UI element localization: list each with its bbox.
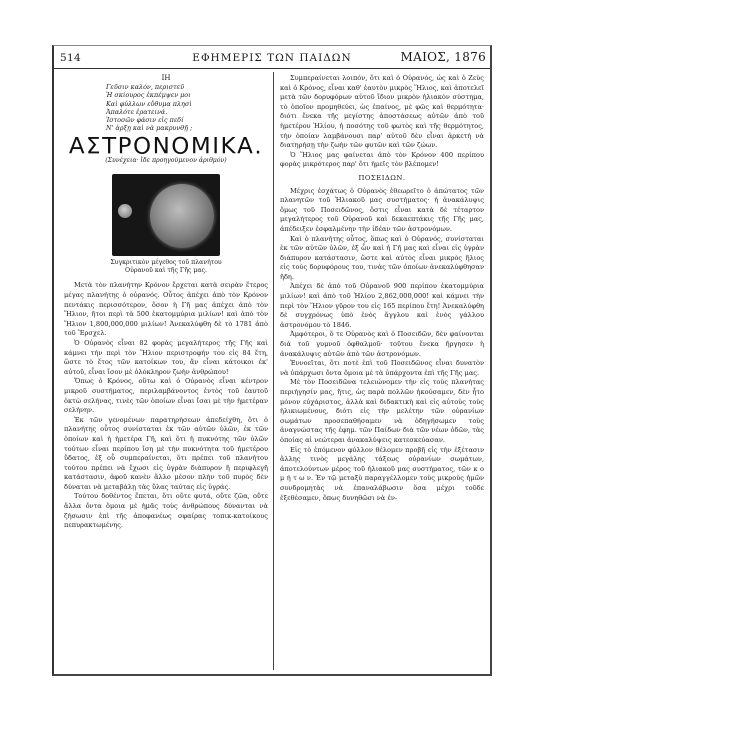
poem-line: Ν' ἀρξῃ καὶ νὰ μακρυνθῇ ;: [106, 124, 268, 132]
right-column: Συμπεραίνεται λοιπόν, ὅτι καὶ ὁ Οὐρανός,…: [280, 74, 484, 503]
paragraph: Ὁ Ἥλιος μας φαίνεται ἀπὸ τὸν Κρόνον 400 …: [280, 151, 484, 170]
poem: ΙΗ Γεῦσιν καλόν, περιστεῦ Ἡ σκίουρος ἐκπ…: [64, 74, 268, 132]
issue-date: ΜΑΙΟΣ, 1876: [401, 50, 486, 64]
column-divider: [273, 72, 274, 670]
poem-line: Ἡ σκίουρος ἐκπέμψεν μοι: [106, 91, 268, 99]
paragraph: Ἀμφότεροι, ὅ τε Οὐρανὸς καὶ ὁ Ποσειδῶν, …: [280, 330, 484, 359]
uranus-icon: [150, 184, 214, 248]
paragraph: Ὁ Οὐρανὸς εἶναι 82 φορὰς μεγαλήτερος τῆς…: [64, 339, 268, 377]
planet-comparison-illustration: [112, 174, 220, 256]
paragraph: Μετὰ τὸν πλανήτην Κρόνον ἔρχεται κατὰ σε…: [64, 281, 268, 339]
section-title: ΑΣΤΡΟΝΟΜΙΚΑ.: [64, 144, 268, 153]
poem-number: ΙΗ: [64, 74, 268, 82]
figure-caption: Συγκριτικὸν μέγεθος τοῦ πλανήτου Οὐρανοῦ…: [64, 259, 268, 276]
subheading-poseidon: ΠΟΣΕΙΔΩΝ.: [280, 174, 484, 184]
caption-line: Οὐρανοῦ καὶ τῆς Γῆς μας.: [64, 267, 268, 275]
newspaper-page: 514 ΕΦΗΜΕΡΙΣ ΤΩΝ ΠΑΙΔΩΝ ΜΑΙΟΣ, 1876 ΙΗ Γ…: [52, 45, 492, 676]
paragraph: Εἰς τὸ ἐπόμενον φύλλον θέλομεν προβῆ εἰς…: [280, 446, 484, 504]
paragraph: Ἐκ τῶν γενομένων παρατηρήσεων ἀπεδείχθη,…: [64, 416, 268, 493]
paragraph: Μὲ τὸν Ποσειδῶνα τελειώνομεν τὴν εἰς τοὺ…: [280, 378, 484, 445]
earth-icon: [118, 204, 132, 218]
paragraph: Ἀπέχει δὲ ἀπὸ τοῦ Οὐρανοῦ 900 περίπου ἑκ…: [280, 282, 484, 330]
paragraph: Ὅπως ὁ Κρόνος, οὕτω καὶ ὁ Οὐρανὸς εἶναι …: [64, 377, 268, 415]
paragraph: Τούτου δοθέντος ἕπεται, ὅτι οὔτε φυτά, ο…: [64, 492, 268, 530]
paragraph: Καὶ ὁ πλανήτης οὗτος, ὅπως καὶ ὁ Οὐρανός…: [280, 235, 484, 283]
paragraph: Μέχρις ἐσχάτως ὁ Οὐρανὸς ἐθεωρεῖτο ὁ ἀπώ…: [280, 187, 484, 235]
caption-line: Συγκριτικὸν μέγεθος τοῦ πλανήτου: [64, 259, 268, 267]
page-header: 514 ΕΦΗΜΕΡΙΣ ΤΩΝ ΠΑΙΔΩΝ ΜΑΙΟΣ, 1876: [54, 46, 490, 69]
poem-line: Ἀπαλότε ἐρατεινά.: [106, 108, 268, 116]
paragraph: Ἐννοεῖται, ὅτι ποτὲ ἐπὶ τοῦ Ποσειδῶνος ε…: [280, 359, 484, 378]
poem-line: Καὶ φύλλων εὔθυμα πλησὶ: [106, 100, 268, 108]
paragraph: Συμπεραίνεται λοιπόν, ὅτι καὶ ὁ Οὐρανός,…: [280, 74, 484, 151]
poem-line: Ἱστοσῶν φάσιν εἰς πεδί: [106, 116, 268, 124]
left-column: ΙΗ Γεῦσιν καλόν, περιστεῦ Ἡ σκίουρος ἐκπ…: [64, 74, 268, 531]
